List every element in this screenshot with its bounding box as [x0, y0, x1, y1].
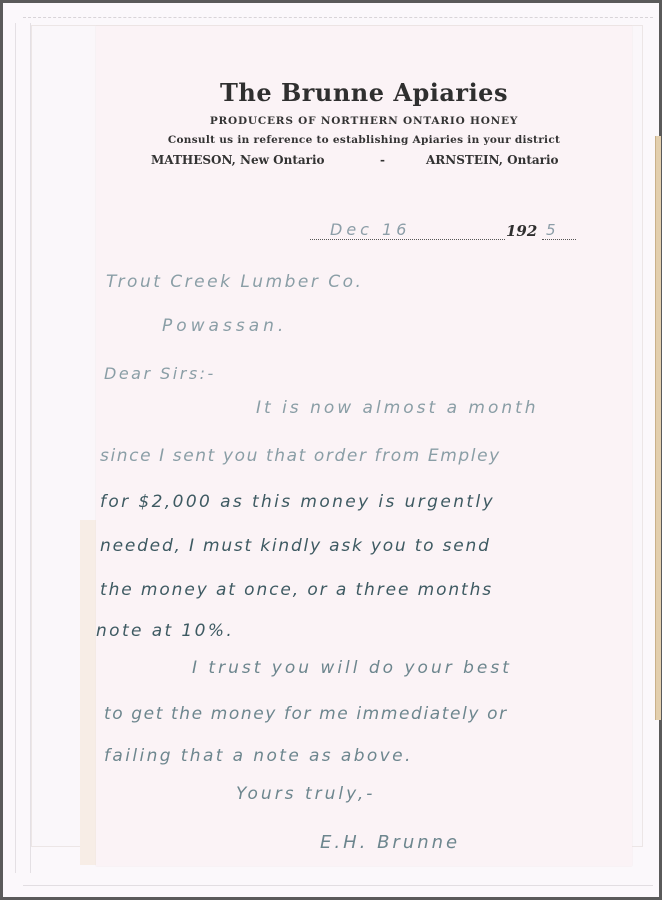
salutation: Dear Sirs:- — [104, 364, 216, 383]
year-dotted-rule — [542, 239, 576, 240]
location-matheson: MATHESON, New Ontario — [151, 153, 325, 167]
date-month-day: Dec 16 — [330, 220, 410, 239]
company-name: The Brunne Apiaries — [84, 78, 644, 107]
body-line-6: note at 10%. — [96, 621, 234, 641]
letter-sheet: The Brunne Apiaries PRODUCERS OF NORTHER… — [96, 26, 632, 866]
company-consult-line: Consult us in reference to establishing … — [84, 134, 644, 146]
recipient-name: Trout Creek Lumber Co. — [106, 272, 363, 292]
body-line-4: needed, I must kindly ask you to send — [100, 536, 491, 556]
body-line-7: I trust you will do your best — [192, 658, 512, 678]
tan-paper-edge — [655, 136, 661, 720]
sleeve-bottom-edge — [23, 885, 653, 886]
body-line-3: for $2,000 as this money is urgently — [100, 492, 495, 512]
date-year-printed: 192 — [506, 222, 537, 240]
recipient-place: Powassan. — [162, 316, 287, 336]
sleeve-left-edge — [15, 23, 31, 873]
location-separator: - — [380, 153, 385, 167]
sleeve-top-edge — [23, 17, 653, 22]
body-line-2: since I sent you that order from Empley — [100, 446, 501, 466]
signature: E.H. Brunne — [320, 832, 460, 853]
location-arnstein: ARNSTEIN, Ontario — [426, 153, 559, 167]
closing: Yours truly,- — [236, 784, 375, 804]
company-tagline: PRODUCERS OF NORTHERN ONTARIO HONEY — [84, 115, 644, 127]
body-line-1: It is now almost a month — [256, 398, 539, 418]
body-line-8: to get the money for me immediately or — [104, 704, 508, 724]
date-year-handwritten: 5 — [546, 221, 556, 239]
date-dotted-rule — [310, 239, 505, 240]
body-line-9: failing that a note as above. — [104, 746, 413, 766]
body-line-5: the money at once, or a three months — [100, 580, 493, 600]
date-line: Dec 16 192 5 — [310, 222, 576, 242]
